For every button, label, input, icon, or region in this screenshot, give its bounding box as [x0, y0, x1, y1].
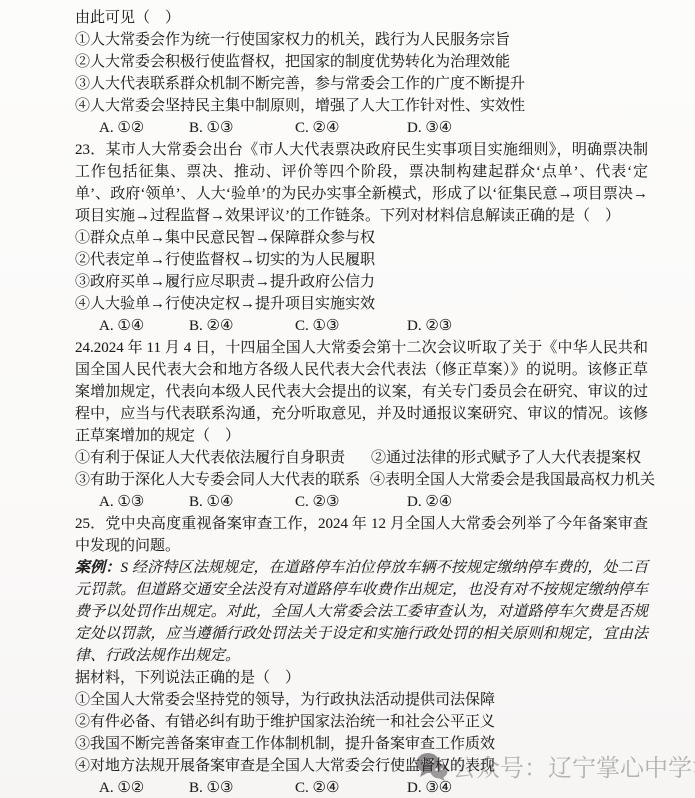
answer-option-a: A. ①③: [99, 491, 189, 513]
answer-option-a: A. ①②: [99, 777, 189, 798]
option-line: ①群众点单→集中民意民智→保障群众参与权: [75, 227, 648, 249]
answer-option-b: B. ②④: [189, 315, 295, 337]
answer-row: A. ①② B. ①③ C. ②④ D. ③④: [75, 117, 648, 139]
option-line: ③政府买单→履行应尽职责→提升政府公信力: [75, 271, 648, 293]
option-item: ②通过法律的形式赋予了人大代表提案权: [371, 447, 641, 469]
question-lead: 由此可见（ ）: [75, 7, 648, 29]
answer-option-b: B. ①③: [189, 777, 295, 798]
scanned-exam-page: { "tail_question": { "lead": "由此可见（ ）", …: [0, 0, 695, 798]
answer-option-c: C. ②③: [295, 491, 407, 513]
option-line: ①人大常委会作为统一行使国家权力的机关，践行为人民服务宗旨: [75, 29, 648, 51]
question-stem: 24.2024 年 11 月 4 日，十四届全国人大常委会第十二次会议听取了关于…: [75, 337, 648, 447]
option-line: ④人大验单→行使决定权→提升项目实施实效: [75, 293, 648, 315]
case-paragraph: 案例：S 经济特区法规规定，在道路停车泊位停放车辆不按规定缴纳停车费的，处二百元…: [75, 557, 648, 667]
question-block-25: 25．党中央高度重视备案审查工作，2024 年 12 月全国人大常委会列举了今年…: [75, 513, 648, 798]
option-line: ③我国不断完善备案审查工作体制机制，提升备案审查工作质效: [75, 733, 648, 755]
option-item: ④表明全国人大常委会是我国最高权力机关: [370, 469, 655, 491]
option-line: ②有件必备、有错必纠有助于维护国家法治统一和社会公平正义: [75, 711, 648, 733]
question-block-24: 24.2024 年 11 月 4 日，十四届全国人大常委会第十二次会议听取了关于…: [75, 337, 648, 513]
case-text: S 经济特区法规规定，在道路停车泊位停放车辆不按规定缴纳停车费的，处二百元罚款。…: [75, 560, 648, 664]
question-block-23: 23．某市人大常委会出台《市人大代表票决政府民生实事项目实施细则》，明确票决制工…: [75, 139, 648, 337]
answer-option-b: B. ①③: [189, 117, 295, 139]
answer-option-c: C. ①③: [295, 315, 407, 337]
answer-option-d: D. ②③: [407, 315, 452, 337]
option-line-pair: ①有利于保证人大代表依法履行自身职责 ②通过法律的形式赋予了人大代表提案权: [75, 447, 648, 469]
option-line: ②代表定单→行使监督权→切实的为人民履职: [75, 249, 648, 271]
answer-row: A. ①② B. ①③ C. ②④ D. ③④: [75, 777, 648, 798]
option-item: ①有利于保证人大代表依法履行自身职责: [75, 447, 345, 469]
option-line: ④对地方法规开展备案审查是全国人大常委会行使监督权的表现: [75, 755, 648, 777]
question-ask: 据材料，下列说法正确的是（ ）: [75, 667, 648, 689]
answer-option-c: C. ②④: [295, 117, 407, 139]
option-line: ④人大常委会坚持民主集中制原则，增强了人大工作针对性、实效性: [75, 95, 648, 117]
case-label: 案例：: [75, 560, 121, 576]
option-line-pair: ③有助于深化人大专委会同人大代表的联系 ④表明全国人大常委会是我国最高权力机关: [75, 469, 648, 491]
option-line: ②人大常委会积极行使监督权，把国家的制度优势转化为治理效能: [75, 51, 648, 73]
answer-option-a: A. ①②: [99, 117, 189, 139]
question-stem: 23．某市人大常委会出台《市人大代表票决政府民生实事项目实施细则》，明确票决制工…: [75, 139, 648, 227]
answer-option-d: D. ③④: [407, 117, 452, 139]
question-stem: 25．党中央高度重视备案审查工作，2024 年 12 月全国人大常委会列举了今年…: [75, 513, 648, 557]
exam-text-column: 由此可见（ ） ①人大常委会作为统一行使国家权力的机关，践行为人民服务宗旨 ②人…: [75, 7, 648, 798]
answer-row: A. ①④ B. ②④ C. ①③ D. ②③: [75, 315, 648, 337]
answer-option-d: D. ②④: [407, 491, 452, 513]
answer-option-c: C. ②④: [295, 777, 407, 798]
option-line: ③人大代表联系群众机制不断完善，参与常委会工作的广度不断提升: [75, 73, 648, 95]
answer-option-a: A. ①④: [99, 315, 189, 337]
option-line: ①全国人大常委会坚持党的领导，为行政执法活动提供司法保障: [75, 689, 648, 711]
answer-option-b: B. ①④: [189, 491, 295, 513]
option-item: ③有助于深化人大专委会同人大代表的联系: [75, 469, 360, 491]
answer-row: A. ①③ B. ①④ C. ②③ D. ②④: [75, 491, 648, 513]
answer-option-d: D. ③④: [407, 777, 452, 798]
question-block-tail: 由此可见（ ） ①人大常委会作为统一行使国家权力的机关，践行为人民服务宗旨 ②人…: [75, 7, 648, 139]
